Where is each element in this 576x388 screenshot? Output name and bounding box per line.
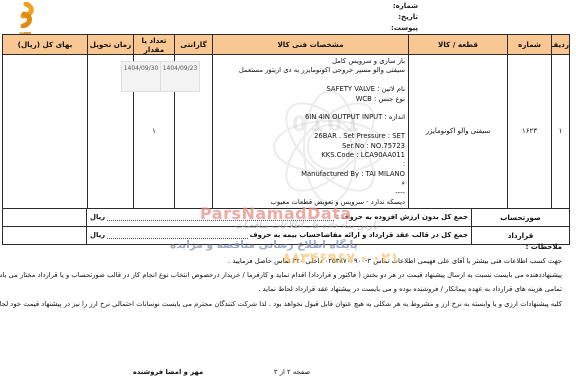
number-label: شماره: bbox=[391, 1, 418, 12]
date-value: 1404/09/30 bbox=[122, 62, 160, 91]
header-shomareh: شماره bbox=[508, 35, 552, 55]
cell-part-name: سیفتی والو اکونومایزر bbox=[409, 55, 508, 209]
header-delivery: زمان تحویل bbox=[88, 35, 134, 55]
spec-lines: باز سازی و سرویس کاملسیفتی والو مسیر خرو… bbox=[213, 55, 408, 208]
date-label: تاریخ: bbox=[391, 12, 418, 23]
invoice-sum-cell: جمع کل بدون ارزش افزوده به حروف : ریال bbox=[87, 208, 472, 226]
text-line bbox=[215, 76, 405, 85]
text-line: نوع جنس : WCB bbox=[215, 95, 405, 104]
dotted-blank bbox=[107, 213, 334, 221]
cell-specs: باز سازی و سرویس کاملسیفتی والو مسیر خرو… bbox=[213, 55, 409, 209]
contract-sum-cell: جمع کل در قالب عقد قرارداد و ارائه مفاصا… bbox=[87, 226, 472, 244]
text-line bbox=[215, 123, 405, 132]
items-table: ردیف شماره قطعه / کالا مشخصات فنی کالا گ… bbox=[3, 34, 570, 245]
text-line: : bbox=[215, 160, 405, 169]
text-line bbox=[215, 104, 405, 113]
header-qty: تعداد یا مقدار bbox=[134, 35, 175, 55]
contract-text: جمع کل در قالب عقد قرارداد و ارائه مفاصا… bbox=[250, 231, 468, 239]
text-line: تمامی هزینه های قرارداد به عهده پیمانکار… bbox=[8, 282, 562, 296]
item-row: ۱ ۱۶۲۳ سیفتی والو اکونومایزر باز سازی و … bbox=[3, 55, 570, 209]
contract-row: قرارداد جمع کل در قالب عقد قرارداد و ارا… bbox=[3, 226, 570, 244]
header-specs: مشخصات فنی کالا bbox=[213, 35, 409, 55]
page-number: صفحه ۲ از ۳ bbox=[262, 368, 322, 376]
dotted-blank bbox=[107, 231, 248, 239]
text-line: سیفتی والو مسیر خروجی اکونومایزر به دی ا… bbox=[215, 66, 405, 75]
delivery-dates-overlay: 1404/09/30 1404/09/23 bbox=[121, 61, 200, 92]
header-radif: ردیف bbox=[552, 35, 570, 55]
contract-unit: ریال bbox=[90, 231, 105, 239]
notes-section: ملاحظات : جهت کسب اطلاعات فنی بیشتر با آ… bbox=[8, 243, 562, 311]
text-line: 26BAR . Set Pressure : SET bbox=[215, 132, 405, 141]
tender-form-page: شماره: تاریخ: پیوست: ███▓▓ 0101 bbox=[0, 0, 576, 388]
text-line: باز سازی و سرویس کامل bbox=[215, 57, 405, 66]
header-warranty: گارانتی bbox=[175, 35, 213, 55]
text-line: پیشنهاددهنده می بایست نسبت به ارسال پیشن… bbox=[8, 268, 562, 282]
invoice-text: جمع کل بدون ارزش افزوده به حروف : bbox=[336, 213, 468, 221]
text-line: ء bbox=[215, 179, 405, 188]
notes-lines: جهت کسب اطلاعات فنی بیشتر با آقای علی فه… bbox=[8, 254, 562, 311]
text-line: 75723.Ser.No : NO bbox=[215, 142, 405, 151]
text-line: اندازه : 6IN 4IN OUTPUT INPUT bbox=[215, 113, 405, 122]
text-line: Manufactured By : TAI MILANO bbox=[215, 170, 405, 179]
cell-shomareh: ۱۶۲۳ bbox=[508, 55, 552, 209]
invoice-row: صورتحساب جمع کل بدون ارزش افزوده به حروف… bbox=[3, 208, 570, 226]
date-value: 1404/09/23 bbox=[160, 62, 199, 91]
invoice-unit: ریال bbox=[90, 213, 105, 221]
cell-total-price bbox=[3, 55, 88, 209]
text-line: کلیه پیشنهادات ارزی و یا وابسته به نرخ ا… bbox=[8, 297, 562, 311]
contract-label: قرارداد bbox=[472, 226, 570, 244]
document-meta: شماره: تاریخ: پیوست: bbox=[391, 1, 418, 34]
seller-signature-label: مهر و امضا فروشنده bbox=[128, 368, 208, 376]
attachment-label: پیوست: bbox=[391, 23, 418, 34]
text-line: ---- bbox=[215, 189, 405, 198]
totals-table: صورتحساب جمع کل بدون ارزش افزوده به حروف… bbox=[2, 208, 570, 245]
text-line: دیسکه ندارد - سرویس و تعویض قطعات معیوب bbox=[215, 198, 405, 207]
text-line: نام لاتین : SAFETY VALVE bbox=[215, 85, 405, 94]
logo-swirl-icon bbox=[10, 2, 40, 28]
header-part: قطعه / کالا bbox=[409, 35, 508, 55]
text-line: KKS.Code : LCA90AA011 bbox=[215, 151, 405, 160]
header-total-price: بهای کل (ریال) bbox=[3, 35, 88, 55]
invoice-label: صورتحساب bbox=[472, 208, 570, 226]
cell-radif: ۱ bbox=[552, 55, 570, 209]
contract-amount-cell bbox=[3, 226, 87, 244]
text-line: جهت کسب اطلاعات فنی بیشتر با آقای علی فه… bbox=[8, 254, 562, 268]
invoice-amount-cell bbox=[3, 208, 87, 226]
notes-title: ملاحظات : bbox=[8, 243, 562, 251]
table-header-row: ردیف شماره قطعه / کالا مشخصات فنی کالا گ… bbox=[3, 35, 570, 55]
